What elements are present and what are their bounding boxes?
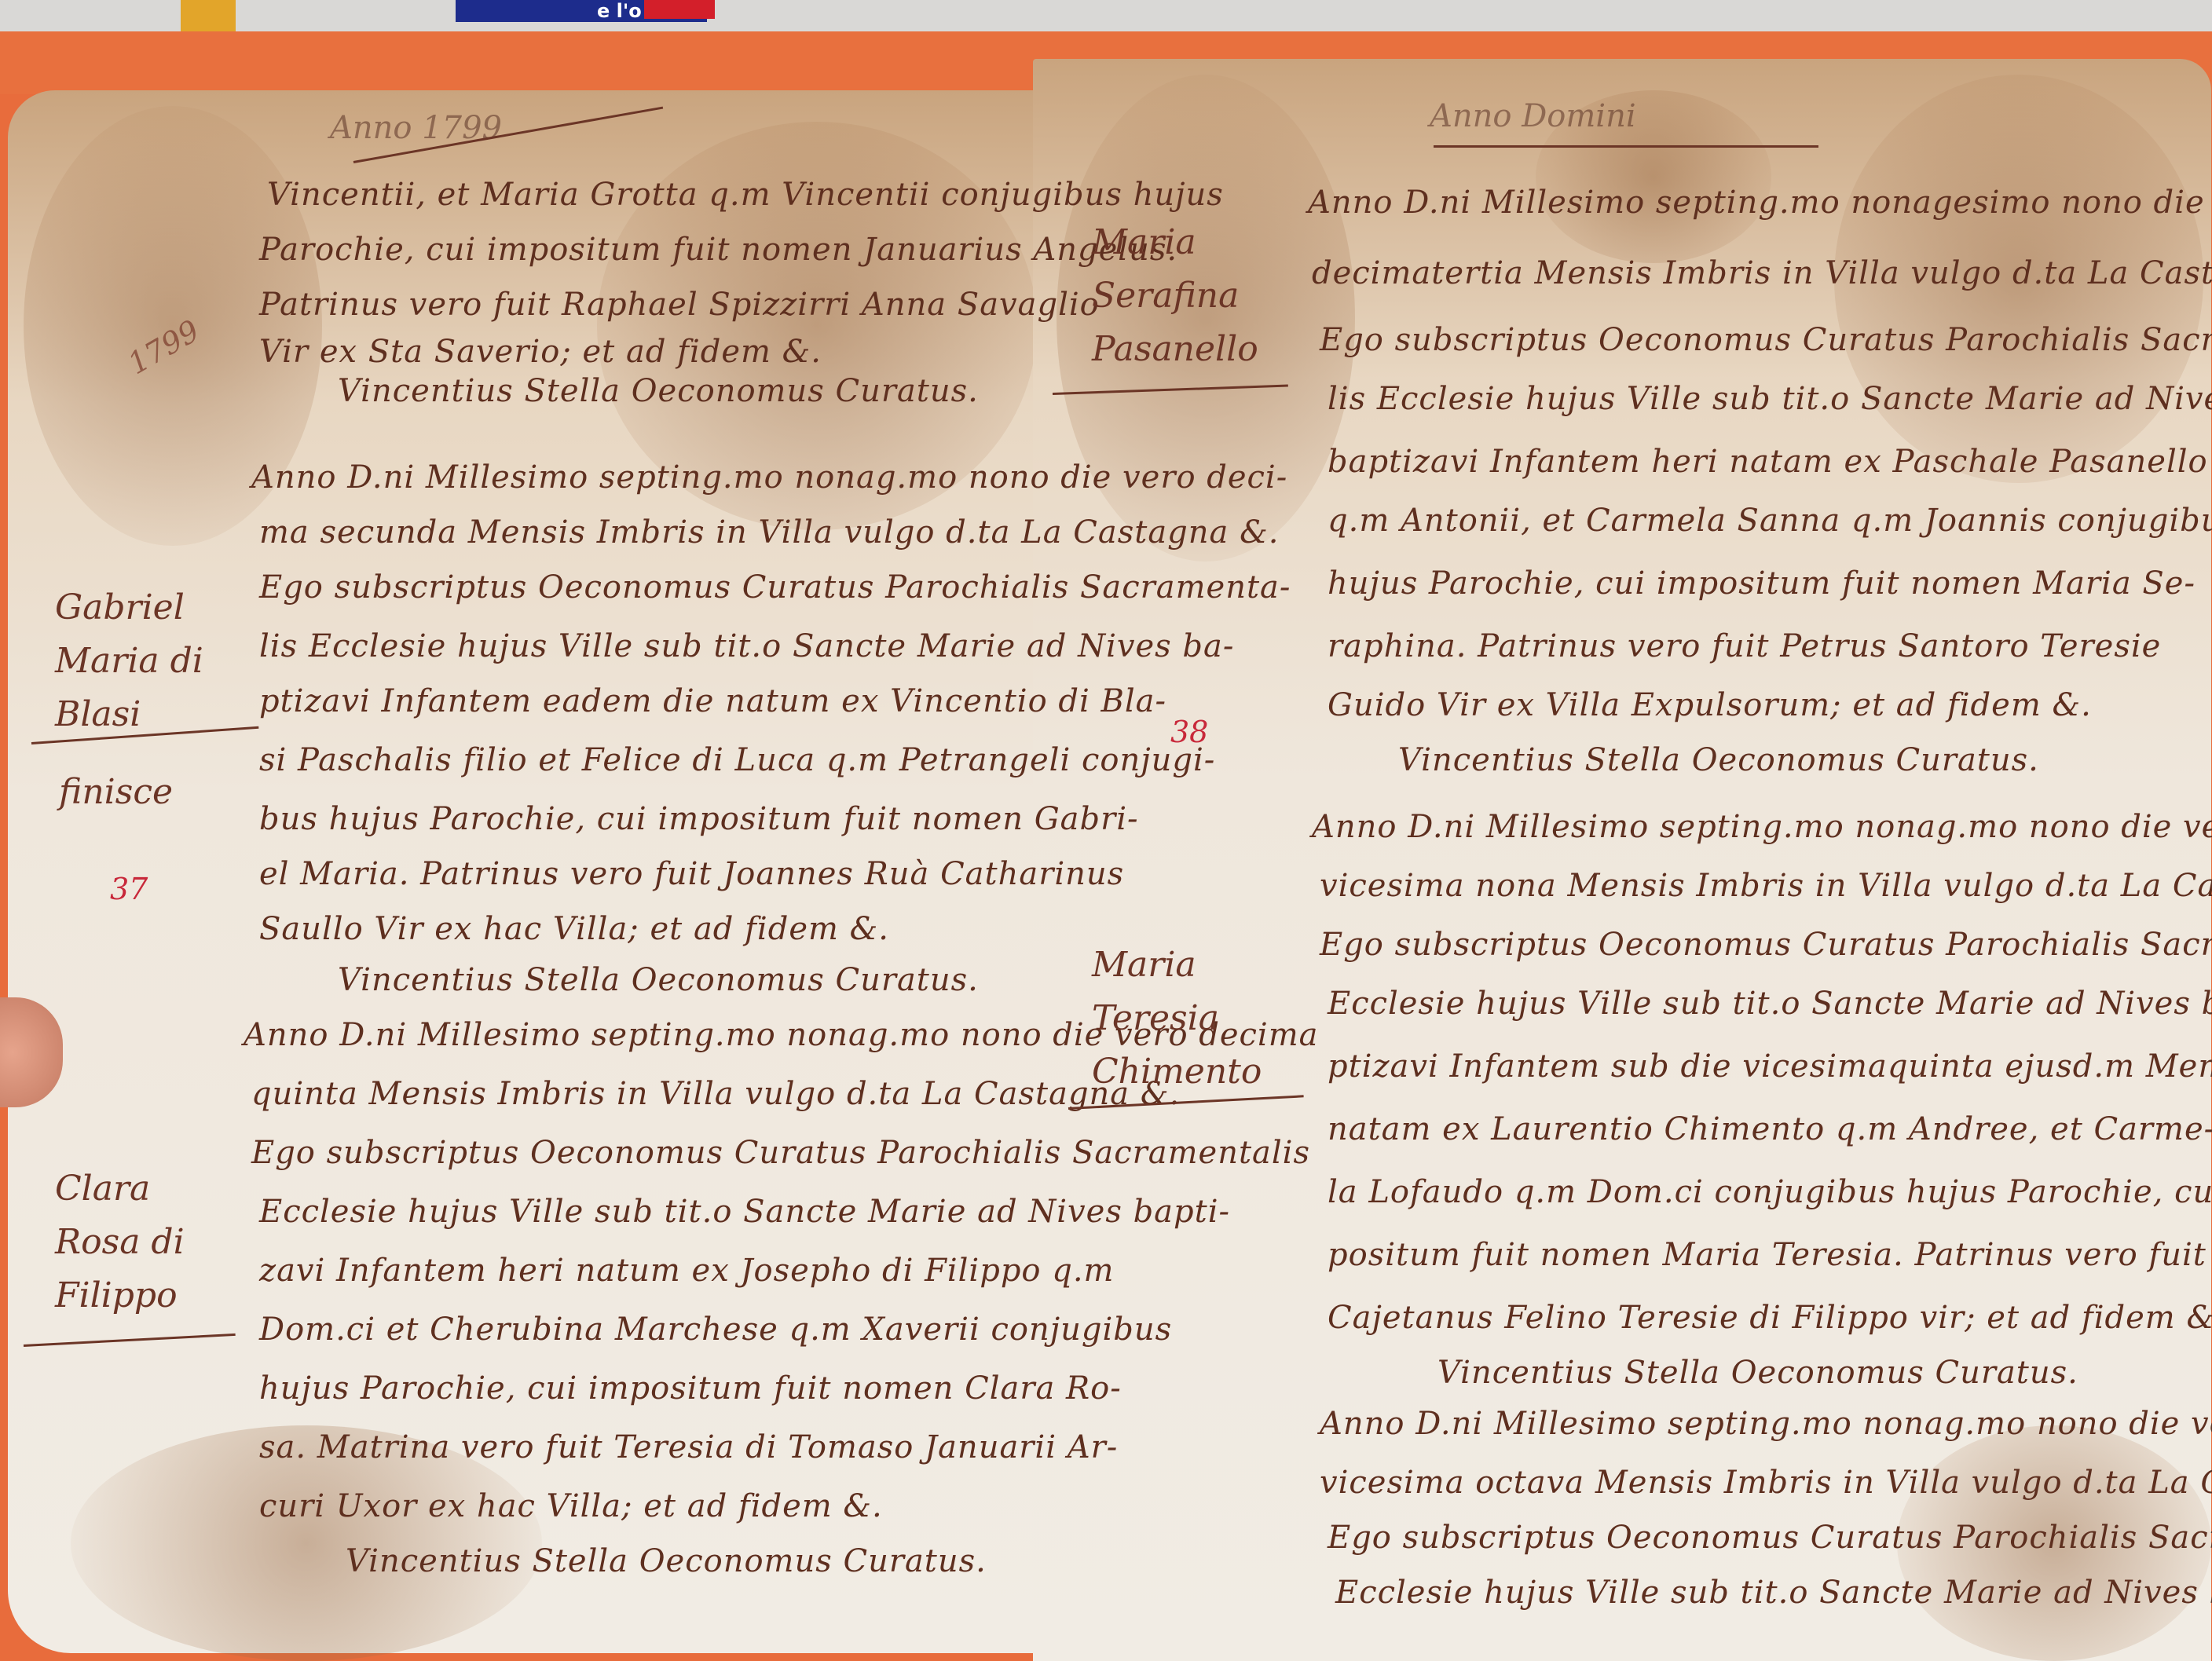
text-line: Guido Vir ex Villa Expulsorum; et ad fid… [1328, 687, 2092, 723]
text-line: zavi Infantem heri natum ex Josepho di F… [259, 1253, 1114, 1289]
text-line: q.m Antonii, et Carmela Sanna q.m Joanni… [1328, 503, 2212, 539]
margin-note-finisce: finisce [59, 766, 173, 819]
text-line: raphina. Patrinus vero fuit Petrus Santo… [1328, 628, 2161, 664]
left-page-number: 37 [110, 872, 148, 906]
text-line: lis Ecclesie hujus Ville sub tit.o Sanct… [1328, 381, 2212, 417]
text-line: vicesima octava Mensis Imbris in Villa v… [1320, 1465, 2212, 1501]
text-line: Vincentii, et Maria Grotta q.m Vincentii… [267, 177, 1224, 213]
text-line: el Maria. Patrinus vero fuit Joannes Ruà… [259, 856, 1124, 892]
text-line: Parochie, cui impositum fuit nomen Janua… [259, 232, 1177, 268]
background-yellow-object [181, 0, 236, 31]
text-line: Anno D.ni Millesimo septing.mo nonag.mo … [1320, 1406, 2212, 1442]
margin-note-maria-teresia: Maria Teresia Chimento [1092, 938, 1262, 1099]
text-line: Ego subscriptus Oeconomus Curatus Paroch… [259, 569, 1291, 605]
signature-line: Vincentius Stella Oeconomus Curatus. [338, 373, 979, 409]
text-line: Ego subscriptus Oeconomus Curatus Paroch… [1320, 322, 2212, 358]
background-red-object [644, 0, 715, 19]
text-line: Saullo Vir ex hac Villa; et ad fidem &. [259, 911, 889, 947]
header-rule [1434, 145, 1818, 148]
text-line: quinta Mensis Imbris in Villa vulgo d.ta… [251, 1076, 1180, 1112]
text-line: Anno D.ni Millesimo septing.mo nonag.mo … [1312, 809, 2212, 845]
text-line: positum fuit nomen Maria Teresia. Patrin… [1328, 1237, 2207, 1273]
text-line: lis Ecclesie hujus Ville sub tit.o Sanct… [259, 628, 1234, 664]
text-line: la Lofaudo q.m Dom.ci conjugibus hujus P… [1328, 1174, 2212, 1210]
text-line: ptizavi Infantem sub die vicesimaquinta … [1328, 1048, 2212, 1085]
signature-line: Vincentius Stella Oeconomus Curatus. [346, 1543, 987, 1579]
text-line: Ego subscriptus Oeconomus Curatus Paroch… [251, 1135, 1310, 1171]
text-line: bus hujus Parochie, cui impositum fuit n… [259, 801, 1139, 837]
signature-line: Vincentius Stella Oeconomus Curatus. [338, 962, 979, 998]
text-line: curi Uxor ex hac Villa; et ad fidem &. [259, 1488, 883, 1524]
text-line: natam ex Laurentio Chimento q.m Andree, … [1328, 1111, 2212, 1147]
text-line: Ego subscriptus Oeconomus Curatus Paroch… [1328, 1520, 2212, 1556]
text-line: Ecclesie hujus Ville sub tit.o Sancte Ma… [259, 1194, 1230, 1230]
text-line: Anno D.ni Millesimo septing.mo nonag.mo … [251, 459, 1287, 496]
text-line: baptizavi Infantem heri natam ex Paschal… [1328, 444, 2208, 480]
right-page-number: 38 [1170, 715, 1208, 749]
text-line: sa. Matrina vero fuit Teresia di Tomaso … [259, 1429, 1118, 1465]
text-line: Ecclesie hujus Ville sub tit.o Sancte Ma… [1328, 986, 2212, 1022]
text-line: ptizavi Infantem eadem die natum ex Vinc… [259, 683, 1166, 719]
text-line: decimatertia Mensis Imbris in Villa vulg… [1312, 255, 2212, 291]
text-line: si Paschalis filio et Felice di Luca q.m… [259, 742, 1215, 778]
text-line: Ego subscriptus Oeconomus Curatus Paroch… [1320, 927, 2212, 963]
text-line: Vir ex Sta Saverio; et ad fidem &. [259, 334, 822, 370]
margin-note-maria-serafina: Maria Serafina Pasanello [1092, 216, 1258, 376]
text-line: Ecclesie hujus Ville sub tit.o Sancte Ma… [1335, 1575, 2212, 1611]
text-line: vicesima nona Mensis Imbris in Villa vul… [1320, 868, 2212, 904]
text-line: ma secunda Mensis Imbris in Villa vulgo … [259, 514, 1279, 551]
text-line: hujus Parochie, cui impositum fuit nomen… [259, 1370, 1122, 1407]
text-line: Cajetanus Felino Teresie di Filippo vir;… [1328, 1300, 2212, 1336]
text-line: Patrinus vero fuit Raphael Spizzirri Ann… [259, 287, 1100, 323]
text-line: Anno D.ni Millesimo septing.mo nonagesim… [1308, 185, 2212, 221]
signature-line: Vincentius Stella Oeconomus Curatus. [1437, 1355, 2078, 1391]
right-page-header: Anno Domini [1430, 98, 1636, 134]
margin-note-gabriel: Gabriel Maria di Blasi [55, 581, 203, 741]
text-line: Dom.ci et Cherubina Marchese q.m Xaverii… [259, 1312, 1172, 1348]
margin-note-clara: Clara Rosa di Filippo [55, 1162, 185, 1323]
signature-line: Vincentius Stella Oeconomus Curatus. [1398, 742, 2039, 778]
text-line: hujus Parochie, cui impositum fuit nomen… [1328, 565, 2196, 602]
